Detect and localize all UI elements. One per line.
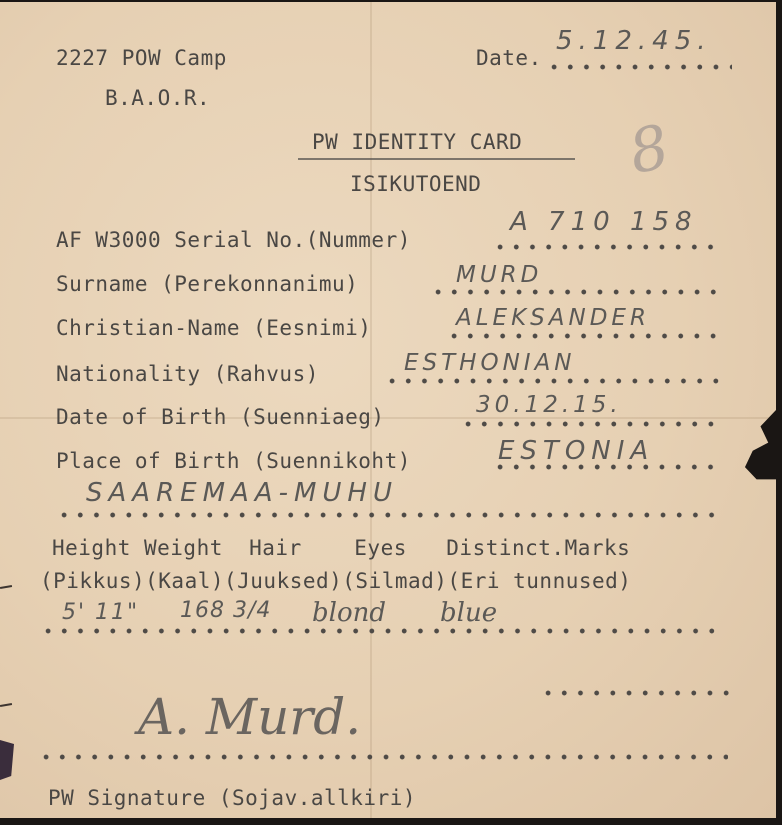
signature-handwritten: A. Murd. — [138, 688, 361, 746]
serial-dotted-line — [492, 244, 720, 250]
card-subtitle: ISIKUTOEND — [350, 172, 481, 196]
physical-headers-et: (Pikkus)(Kaal)(Juuksed)(Silmad)(Eri tunn… — [40, 569, 631, 593]
dob-dotted-line — [460, 421, 720, 427]
weight-value: 168 3/4 — [180, 598, 271, 623]
date-label: Date. — [476, 46, 542, 70]
pob-line2-dotted-line — [56, 512, 720, 518]
pob-value: ESTONIA — [498, 436, 654, 466]
christian-name-label: Christian-Name (Eesnimi) — [56, 316, 371, 340]
surname-value: MURD — [456, 262, 542, 288]
dob-value: 30.12.15. — [476, 392, 622, 418]
physical-headers-en: Height Weight Hair Eyes Distinct.Marks — [52, 536, 630, 560]
nationality-dotted-line — [384, 378, 720, 384]
surname-dotted-line — [430, 289, 720, 295]
serial-value: A 710 158 — [510, 207, 698, 237]
date-dotted-line — [546, 64, 732, 70]
serial-label: AF W3000 Serial No.(Nummer) — [56, 228, 411, 252]
surname-label: Surname (Perekonnanimu) — [56, 272, 358, 296]
pob-dotted-line — [492, 464, 720, 470]
eyes-value: blue — [440, 598, 497, 628]
christian-name-value: ALEKSANDER — [456, 305, 650, 331]
height-value: 5' 11" — [62, 600, 139, 625]
date-value: 5.12.45. — [556, 26, 712, 56]
pob-label: Place of Birth (Suennikoht) — [56, 449, 411, 473]
hair-value: blond — [312, 598, 386, 628]
camp-name: 2227 POW Camp — [56, 46, 227, 70]
christian-name-dotted-line — [446, 333, 720, 339]
dob-label: Date of Birth (Suenniaeg) — [56, 405, 385, 429]
extra-dotted-line — [540, 690, 730, 696]
card-title: PW IDENTITY CARD — [312, 130, 522, 154]
region: B.A.O.R. — [105, 86, 210, 110]
nationality-label: Nationality (Rahvus) — [56, 362, 319, 386]
title-underline — [298, 158, 575, 160]
signature-dotted-line — [38, 754, 728, 760]
nationality-value: ESTHONIAN — [404, 350, 576, 376]
pob-value-line2: SAAREMAA-MUHU — [86, 478, 398, 508]
physical-dotted-line — [40, 628, 720, 634]
signature-label: PW Signature (Sojav.allkiri) — [48, 786, 416, 810]
